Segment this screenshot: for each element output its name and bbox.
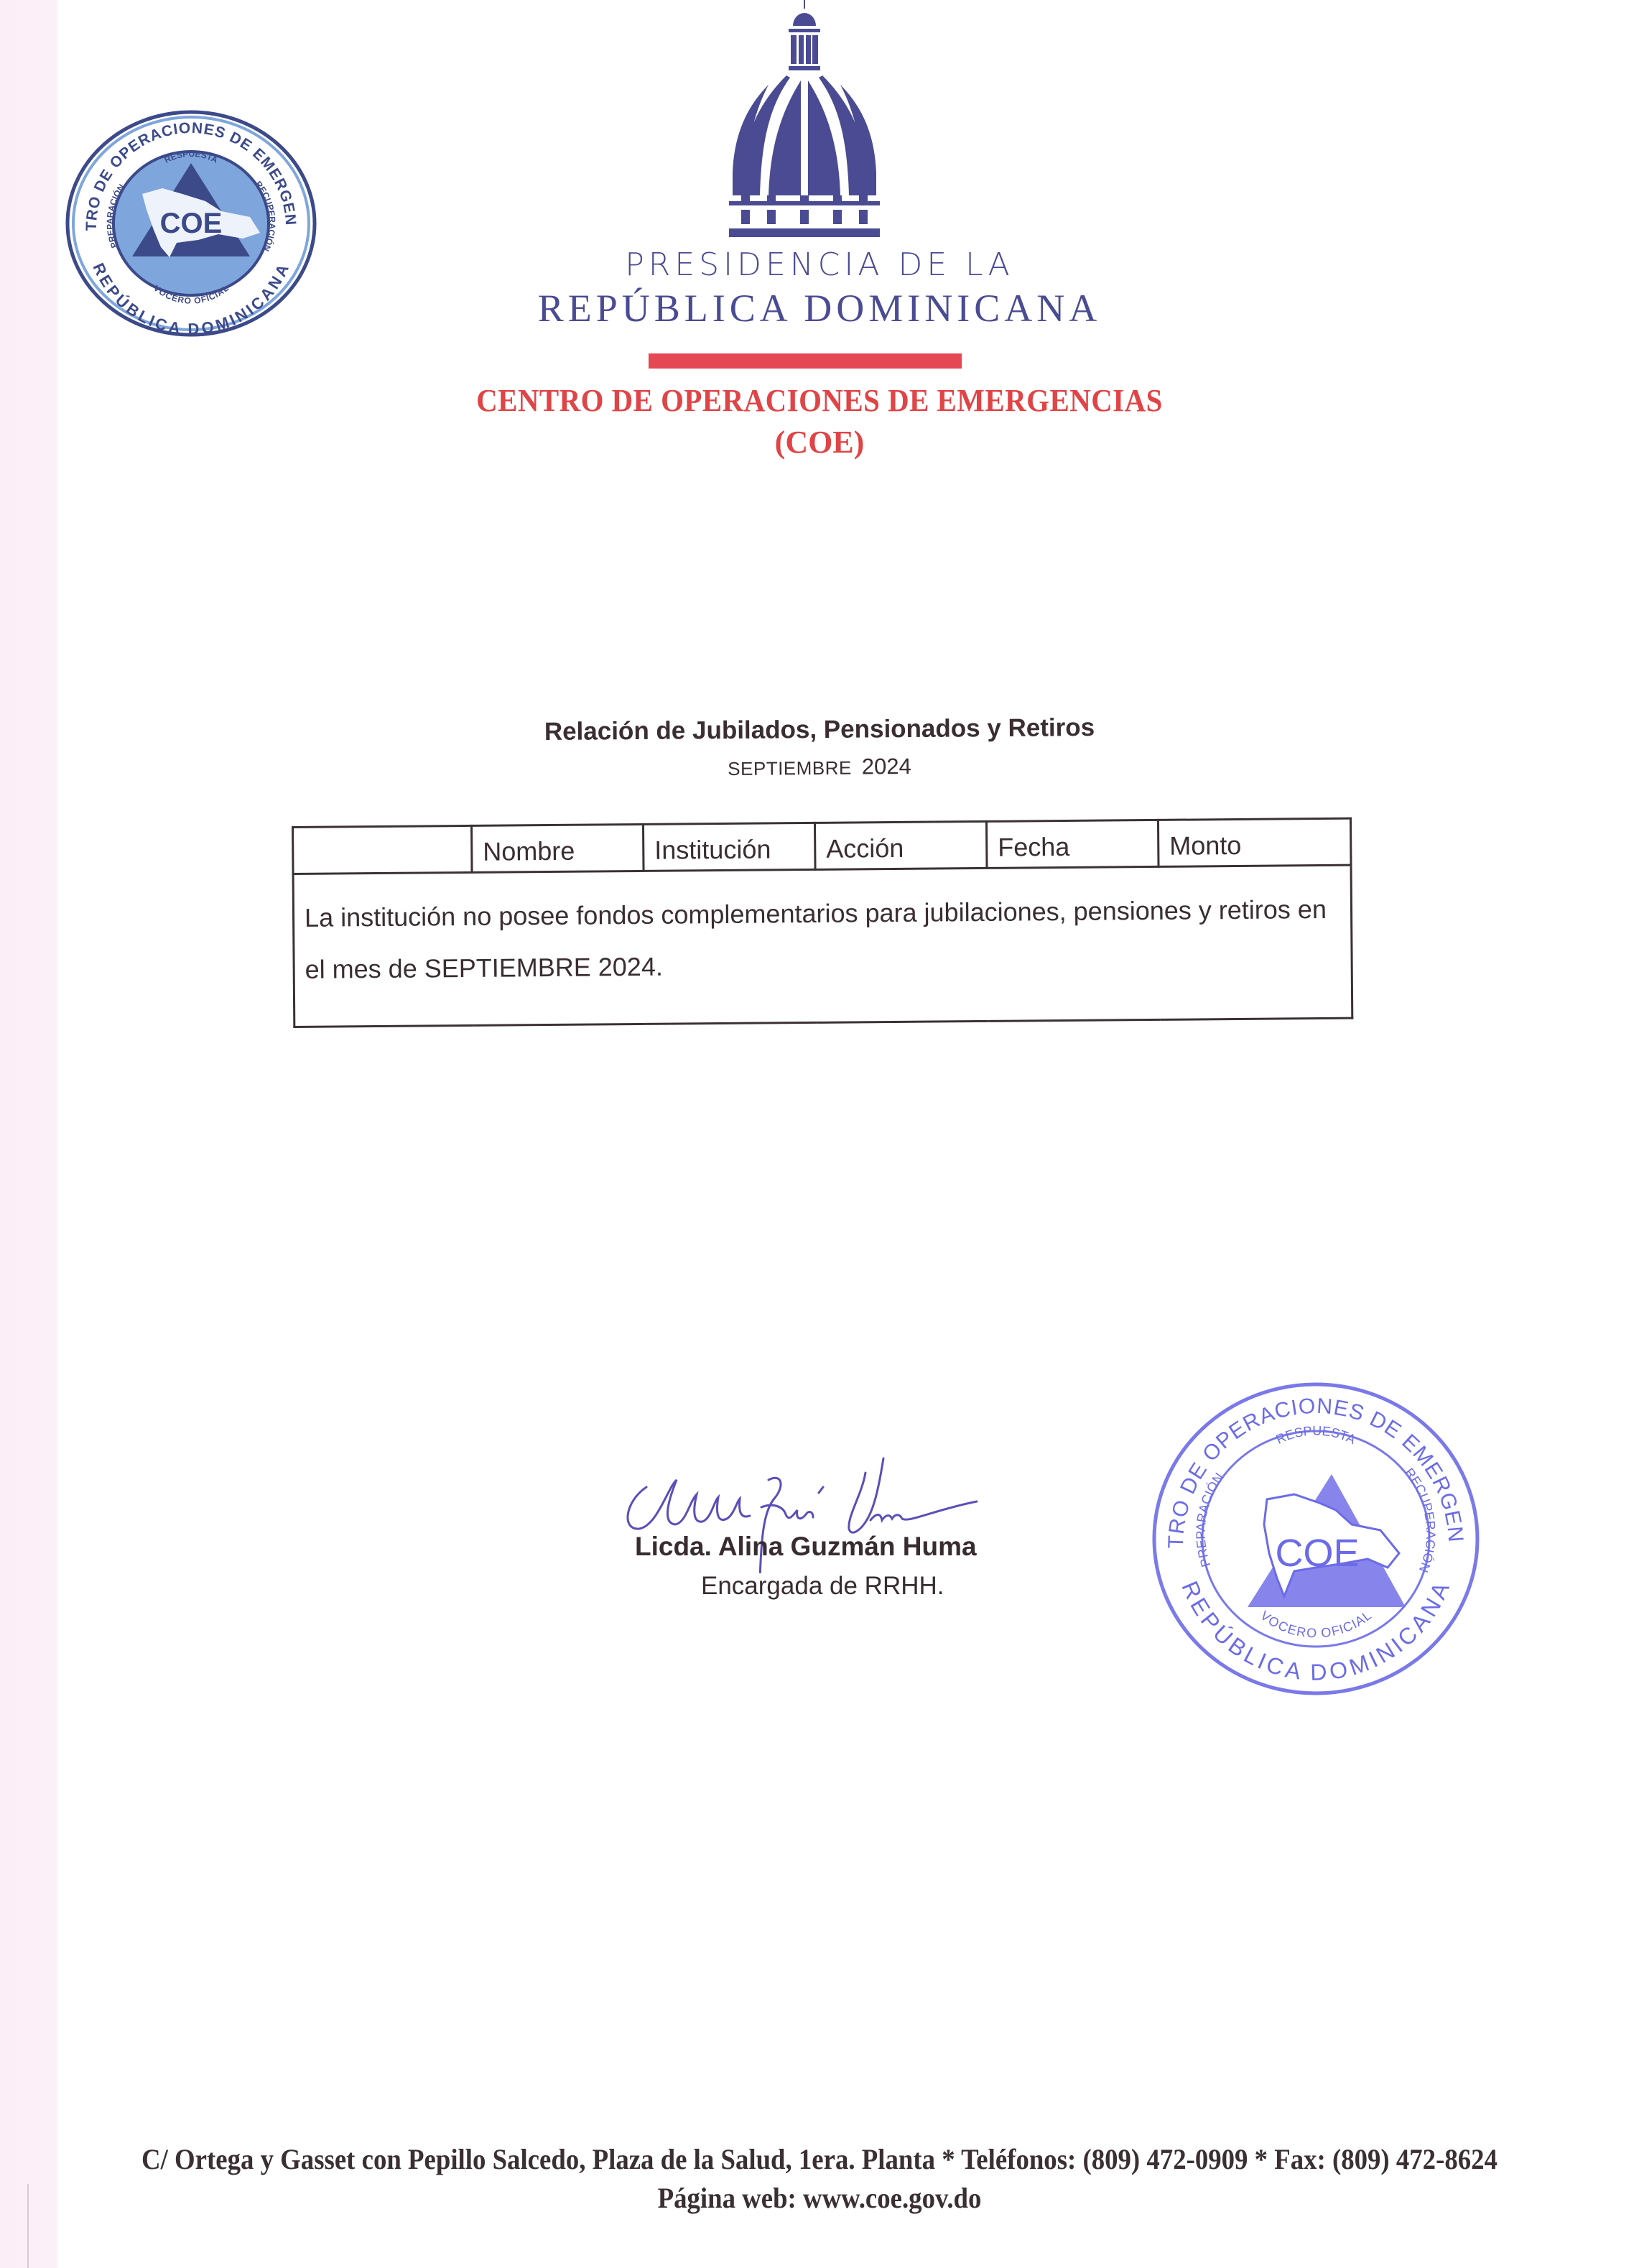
column-header-blank <box>293 825 473 874</box>
column-header-fecha: Fecha <box>986 820 1159 868</box>
no-funds-message: La institución no posee fondos complemen… <box>293 865 1352 1027</box>
signer-name: Licda. Alina Guzmán Huma <box>635 1532 977 1562</box>
relacion-table: Nombre Institución Acción Fecha Monto La… <box>292 818 1353 1028</box>
svg-text:RESPUESTA: RESPUESTA <box>1273 1423 1357 1447</box>
column-header-nombre: Nombre <box>472 824 644 872</box>
stamp-center-text: COE <box>1275 1532 1359 1575</box>
document-title: Relación de Jubilados, Pensionados y Ret… <box>0 709 1639 751</box>
column-header-monto: Monto <box>1158 818 1351 866</box>
period-year: 2024 <box>862 754 911 779</box>
column-header-accion: Acción <box>814 821 987 869</box>
footer-address: C/ Ortega y Gasset con Pepillo Salcedo, … <box>65 2142 1573 2176</box>
presidencia-dome-icon <box>661 0 948 241</box>
column-header-institucion: Institución <box>643 823 815 871</box>
document-period: SEPTIEMBRE2024 <box>0 748 1639 787</box>
table-header-row: Nombre Institución Acción Fecha Monto <box>293 818 1351 874</box>
presidencia-line-1: PRESIDENCIA DE LA <box>0 246 1639 283</box>
presidencia-line-2: REPÚBLICA DOMINICANA <box>0 286 1639 330</box>
footer-website: Página web: www.coe.gov.do <box>65 2181 1573 2215</box>
institution-name: CENTRO DE OPERACIONES DE EMERGENCIAS <box>57 382 1582 419</box>
table-row: La institución no posee fondos complemen… <box>293 865 1352 1027</box>
scan-edge-divider <box>27 2184 29 2268</box>
red-divider <box>649 353 962 369</box>
coe-official-stamp: COE CENTRO DE OPERACIONES DE EMERGENCIAS… <box>1143 1374 1488 1704</box>
signer-role: Encargada de RRHH. <box>701 1572 944 1601</box>
svg-text:VOCERO OFICIAL: VOCERO OFICIAL <box>1258 1608 1374 1640</box>
seal-center-text: COE <box>160 208 223 239</box>
relacion-table-container: Nombre Institución Acción Fecha Monto La… <box>292 818 1353 1006</box>
period-month: SEPTIEMBRE <box>728 757 852 779</box>
institution-abbr: (COE) <box>0 424 1639 460</box>
